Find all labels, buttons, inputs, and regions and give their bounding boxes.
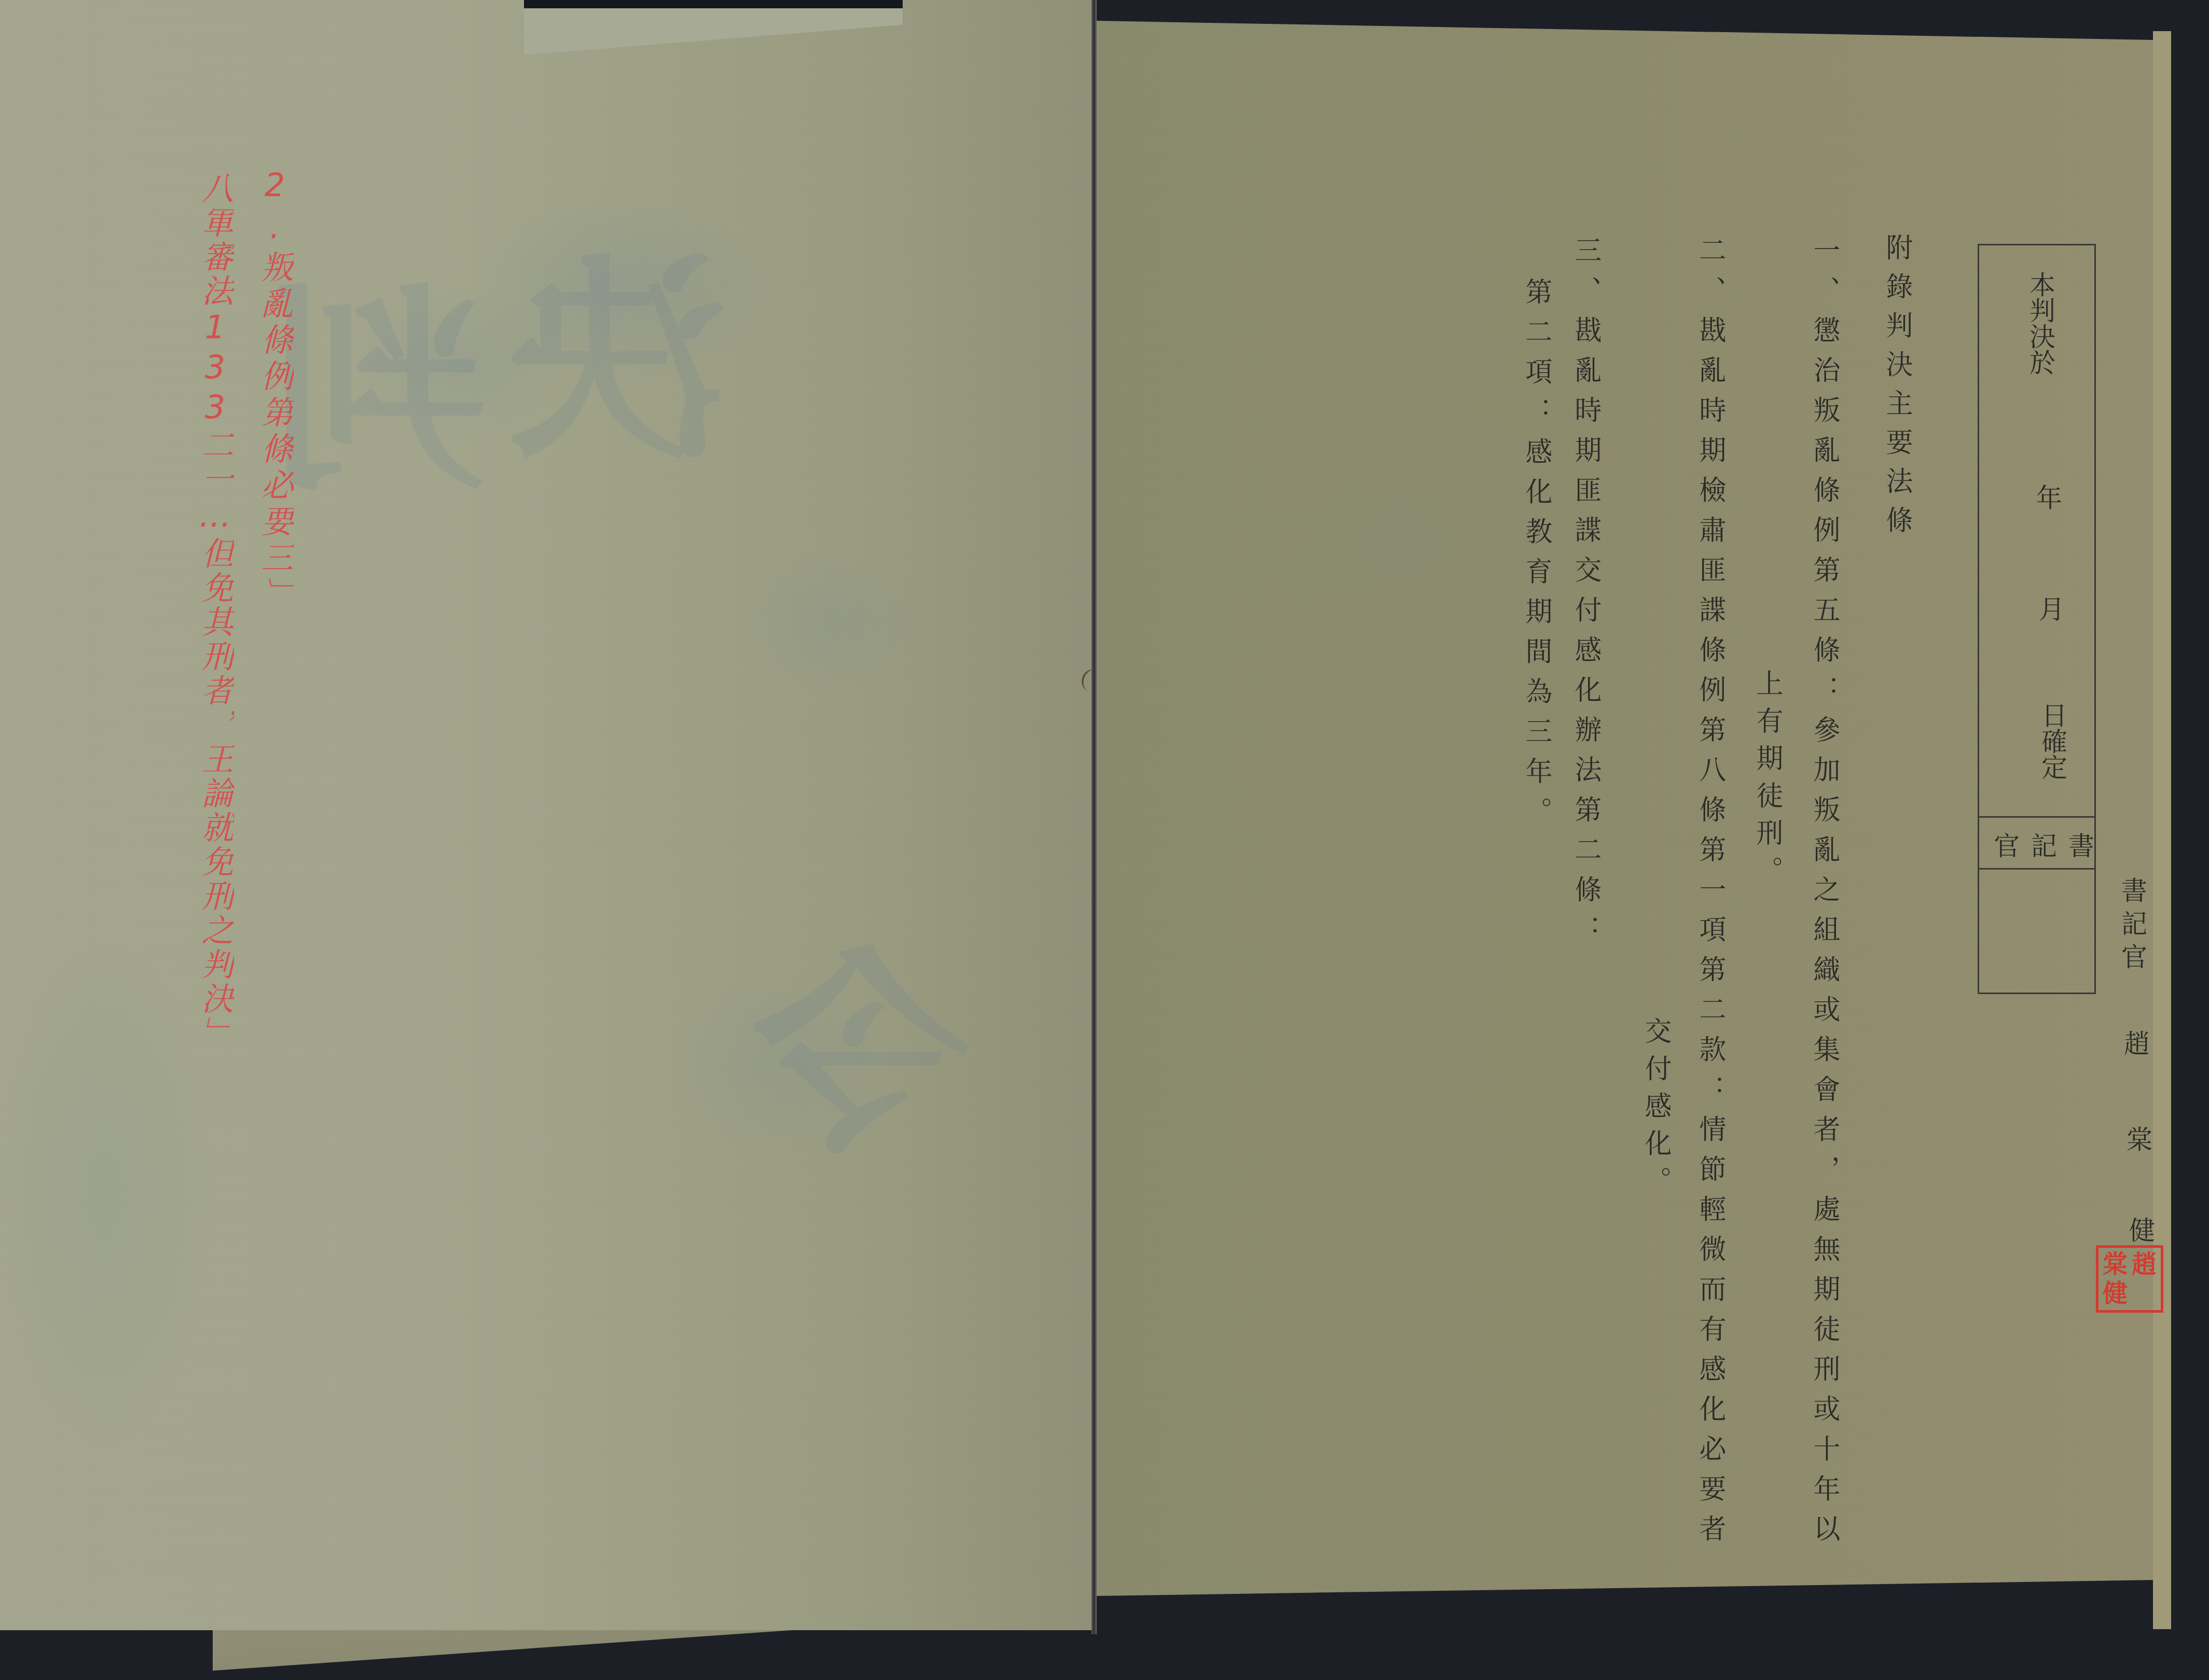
seal-char-3 bbox=[2130, 1279, 2159, 1308]
item-1-line-1: 一、懲治叛亂條例第五條：參加叛亂之組織或集會者，處無期徒刑或十年以 bbox=[1811, 236, 1838, 1554]
item-3-line-2: 第二項：感化教育期間為三年。 bbox=[1523, 278, 1550, 837]
box-segment-day: 日確定 bbox=[2034, 702, 2071, 780]
confirmation-box: 本判決於 年 月 日確定 書記官 bbox=[1978, 244, 2096, 994]
binding-gutter bbox=[1092, 0, 1097, 1634]
item-3-text: 戡亂時期匪諜交付感化辦法第二條： bbox=[1570, 316, 1601, 955]
ghost-char-3: 令 bbox=[752, 882, 970, 1195]
appendix-heading: 附錄判決主要法條 bbox=[1883, 233, 1910, 545]
box-segment-month: 月 bbox=[2031, 596, 2068, 622]
clerk-title: 書記官 bbox=[2119, 877, 2145, 976]
seal-char-2: 棠 bbox=[2101, 1250, 2130, 1279]
clerk-seal: 趙 棠 健 bbox=[2096, 1245, 2163, 1313]
seal-char-4: 健 bbox=[2101, 1279, 2130, 1308]
item-2-line-1: 二、戡亂時期檢肅匪諜條例第八條第一項第二款：情節輕微而有感化必要者 bbox=[1696, 236, 1723, 1554]
page-edge bbox=[2153, 31, 2171, 1629]
item-1-text: 懲治叛亂條例第五條：參加叛亂之組織或集會者，處無期徒刑或十年以 bbox=[1808, 316, 1840, 1554]
left-page: 判 決 令 bbox=[0, 0, 1096, 1630]
ghost-char-2: 決 bbox=[508, 187, 726, 500]
clerk-name-char-1: 趙 bbox=[2122, 1030, 2148, 1068]
item-1-line-2: 上有期徒刑。 bbox=[1754, 669, 1780, 893]
item-2-text: 戡亂時期檢肅匪諜條例第八條第一項第二款：情節輕微而有感化必要者 bbox=[1694, 316, 1725, 1554]
box-segment-1: 本判決於 bbox=[2022, 271, 2059, 375]
red-annotation-line-1: 2.叛亂條例第條必要三〕 bbox=[252, 166, 298, 613]
box-rule-1 bbox=[1979, 816, 2094, 818]
ghost-char-1: 判 bbox=[270, 218, 488, 531]
clerk-name-char-2: 棠 bbox=[2124, 1126, 2150, 1164]
seal-char-1: 趙 bbox=[2130, 1250, 2159, 1279]
item-1-number: 一、 bbox=[1808, 236, 1840, 316]
item-3-number: 三、 bbox=[1570, 236, 1601, 316]
red-annotation-line-2: 八軍審法133二一…但免其刑者，王論就免刑之判決」 bbox=[192, 171, 238, 1050]
box-signature-label: 書記官 bbox=[1994, 825, 2106, 863]
item-2-number: 二、 bbox=[1694, 236, 1725, 316]
box-rule-2 bbox=[1979, 868, 2094, 870]
item-3-line-1: 三、戡亂時期匪諜交付感化辦法第二條： bbox=[1572, 236, 1599, 955]
item-2-line-2: 交付感化。 bbox=[1642, 1017, 1669, 1204]
box-segment-year: 年 bbox=[2028, 484, 2066, 510]
